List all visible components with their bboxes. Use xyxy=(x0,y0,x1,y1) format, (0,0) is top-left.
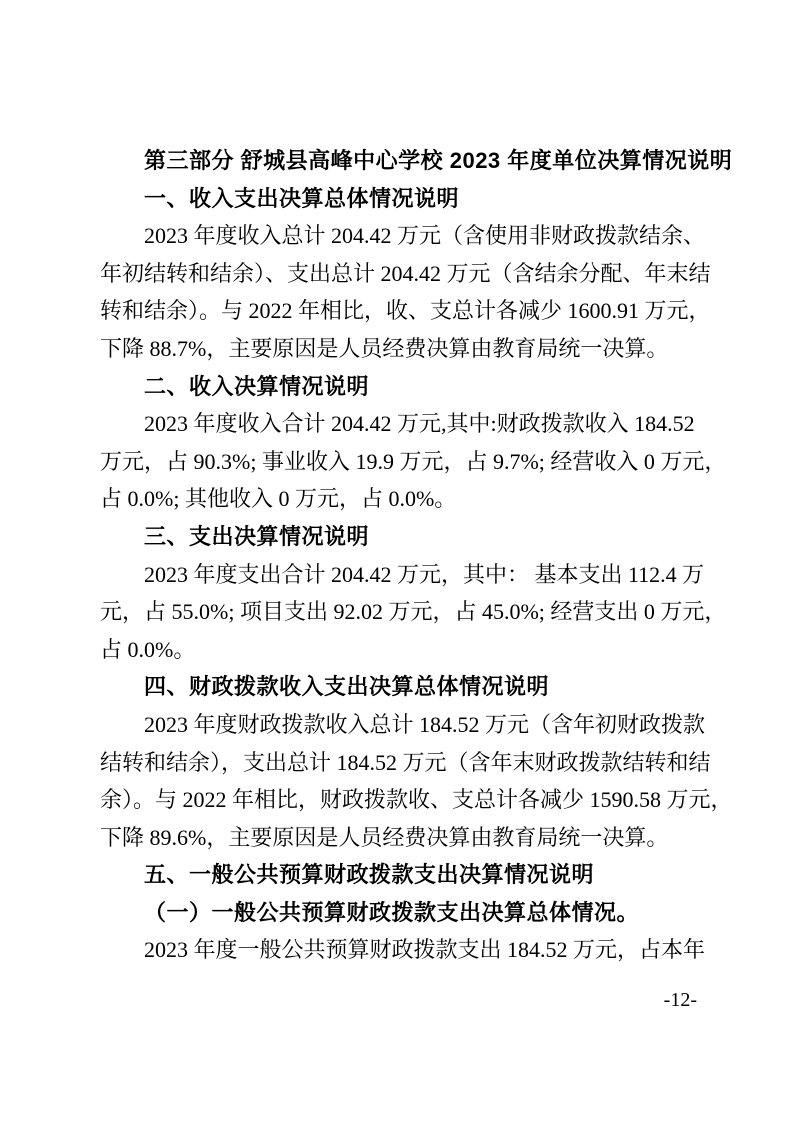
paragraph-line: 余）。与 2022 年相比，财政拨款收、支总计各减少 1590.58 万元， xyxy=(100,781,700,819)
section-1-heading: 一、收入支出决算总体情况说明 xyxy=(100,180,700,218)
paragraph-line: 年初结转和结余）、支出总计 204.42 万元（含结余分配、年末结 xyxy=(100,255,700,293)
paragraph-line: 结转和结余），支出总计 184.52 万元（含年末财政拨款结转和结 xyxy=(100,744,700,782)
section-5-heading: 五、一般公共预算财政拨款支出决算情况说明 xyxy=(100,856,700,894)
document-body: 第三部分 舒城县高峰中心学校 2023 年度单位决算情况说明 一、收入支出决算总… xyxy=(100,142,700,969)
document-title: 第三部分 舒城县高峰中心学校 2023 年度单位决算情况说明 xyxy=(100,142,700,180)
paragraph-line: 2023 年度收入合计 204.42 万元,其中:财政拨款收入 184.52 xyxy=(100,405,700,443)
paragraph-line: 2023 年度收入总计 204.42 万元（含使用非财政拨款结余、 xyxy=(100,217,700,255)
section-4-heading: 四、财政拨款收入支出决算总体情况说明 xyxy=(100,668,700,706)
paragraph-line: 占 0.0%; 其他收入 0 万元，占 0.0%。 xyxy=(100,480,700,518)
paragraph-line: 2023 年度一般公共预算财政拨款支出 184.52 万元，占本年 xyxy=(100,931,700,969)
paragraph-line: 元，占 55.0%; 项目支出 92.02 万元，占 45.0%; 经营支出 0… xyxy=(100,593,700,631)
paragraph-line: 转和结余）。与 2022 年相比，收、支总计各减少 1600.91 万元， xyxy=(100,292,700,330)
paragraph-line: 2023 年度支出合计 204.42 万元，其中： 基本支出 112.4 万 xyxy=(100,556,700,594)
document-page: 第三部分 舒城县高峰中心学校 2023 年度单位决算情况说明 一、收入支出决算总… xyxy=(0,0,793,1122)
page-number: -12- xyxy=(664,988,697,1012)
section-5-subheading: （一）一般公共预算财政拨款支出决算总体情况。 xyxy=(100,894,700,932)
paragraph-line: 万元，占 90.3%; 事业收入 19.9 万元，占 9.7%; 经营收入 0 … xyxy=(100,443,700,481)
paragraph-line: 2023 年度财政拨款收入总计 184.52 万元（含年初财政拨款 xyxy=(100,706,700,744)
section-2-heading: 二、收入决算情况说明 xyxy=(100,368,700,406)
paragraph-line: 下降 88.7%，主要原因是人员经费决算由教育局统一决算。 xyxy=(100,330,700,368)
paragraph-line: 占 0.0%。 xyxy=(100,631,700,669)
section-3-heading: 三、支出决算情况说明 xyxy=(100,518,700,556)
paragraph-line: 下降 89.6%，主要原因是人员经费决算由教育局统一决算。 xyxy=(100,819,700,857)
